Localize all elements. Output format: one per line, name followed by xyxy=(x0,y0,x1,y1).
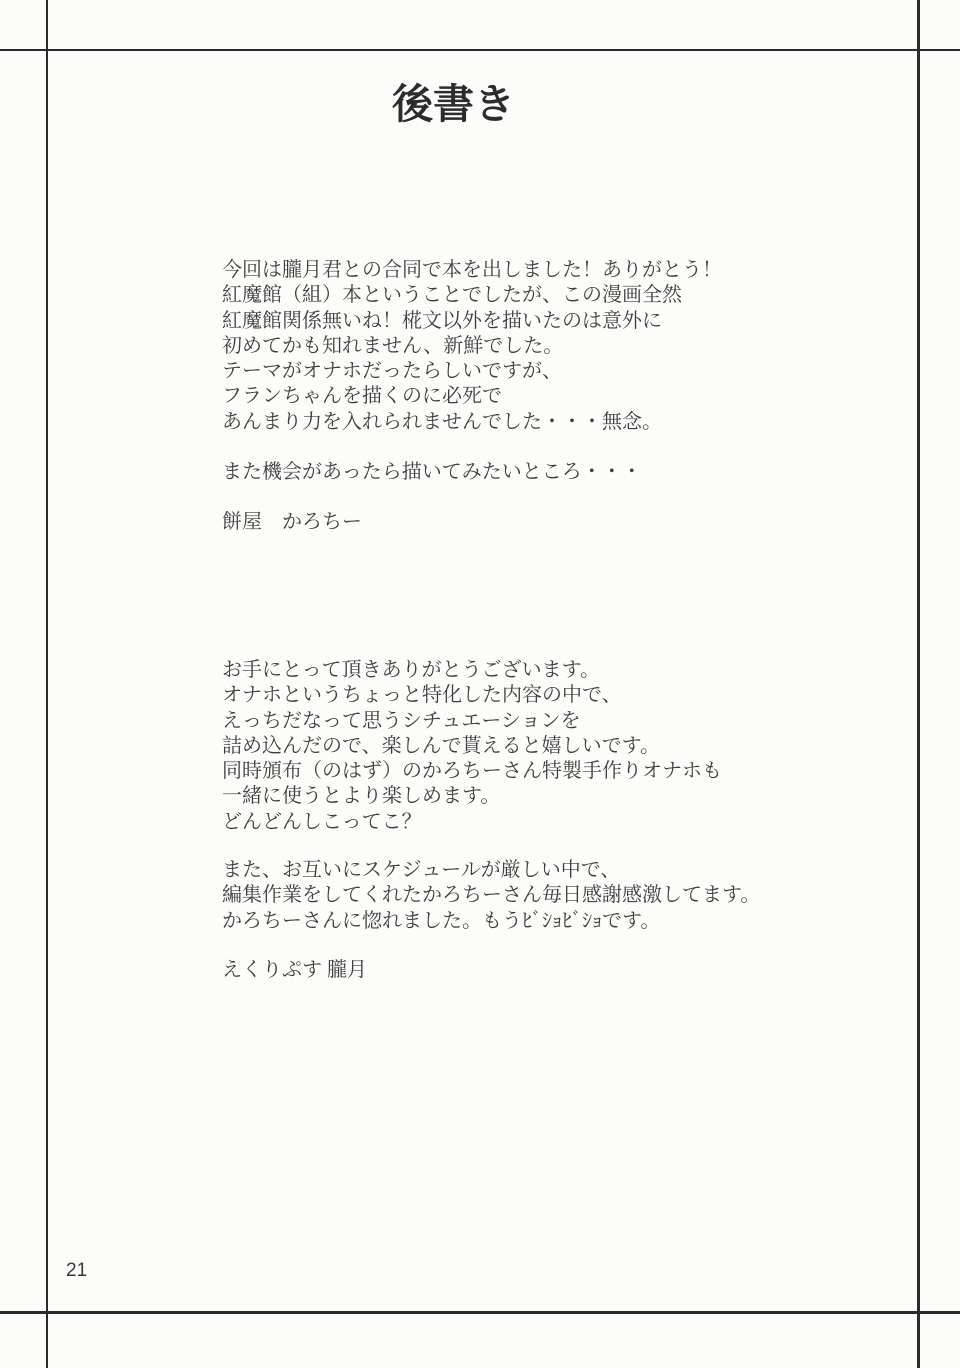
page-title: 後書き xyxy=(392,81,515,127)
border-line-left xyxy=(46,0,48,1368)
text-line: どんどんしこってこ？ xyxy=(222,810,722,835)
afterword-oborozuki-paragraph-2: また、お互いにスケジュールが厳しい中で、 編集作業をしてくれたかろちーさん毎日感… xyxy=(222,858,760,934)
text-line: 紅魔館（組）本ということでしたが、この漫画全然 xyxy=(222,283,722,308)
text-line: 一緒に使うとより楽しめます。 xyxy=(222,784,722,809)
afterword-karochi-paragraph-1: 今回は朧月君との合同で本を出しました！ありがとう！ 紅魔館（組）本ということでし… xyxy=(222,258,722,435)
text-line: えっちだなって思うシチュエーションを xyxy=(222,709,722,734)
text-line: えくりぷす 朧月 xyxy=(222,958,367,983)
text-line: あんまり力を入れられませんでした・・・無念。 xyxy=(222,410,722,435)
text-line: お手にとって頂きありがとうございます。 xyxy=(222,658,722,683)
border-line-right xyxy=(917,0,920,1368)
text-line: 餅屋 かろちー xyxy=(222,510,362,535)
scanned-afterword-page: 後書き 今回は朧月君との合同で本を出しました！ありがとう！ 紅魔館（組）本という… xyxy=(0,0,960,1368)
afterword-oborozuki-paragraph-1: お手にとって頂きありがとうございます。 オナホというちょっと特化した内容の中で、… xyxy=(222,658,722,835)
text-line: 紅魔館関係無いね！椛文以外を描いたのは意外に xyxy=(222,309,722,334)
text-line: また、お互いにスケジュールが厳しい中で、 xyxy=(222,858,760,883)
page-number: 21 xyxy=(66,1260,87,1282)
afterword-karochi-paragraph-2: また機会があったら描いてみたいところ・・・ xyxy=(222,460,642,485)
text-line: 編集作業をしてくれたかろちーさん毎日感謝感激してます。 xyxy=(222,883,760,908)
border-line-bottom xyxy=(0,1311,960,1314)
text-line: 初めてかも知れません、新鮮でした。 xyxy=(222,334,722,359)
text-line: オナホというちょっと特化した内容の中で、 xyxy=(222,683,722,708)
text-line: 今回は朧月君との合同で本を出しました！ありがとう！ xyxy=(222,258,722,283)
signature-karochi: 餅屋 かろちー xyxy=(222,510,362,535)
text-line: 同時頒布（のはず）のかろちーさん特製手作りオナホも xyxy=(222,759,722,784)
text-line: かろちーさんに惚れました。もうﾋﾞｼｮﾋﾞｼｮです。 xyxy=(222,909,760,934)
text-line: また機会があったら描いてみたいところ・・・ xyxy=(222,460,642,485)
text-line: フランちゃんを描くのに必死で xyxy=(222,384,722,409)
text-line: テーマがオナホだったらしいですが、 xyxy=(222,359,722,384)
signature-oborozuki: えくりぷす 朧月 xyxy=(222,958,367,983)
border-line-top xyxy=(0,49,960,51)
text-line: 詰め込んだので、楽しんで貰えると嬉しいです。 xyxy=(222,734,722,759)
